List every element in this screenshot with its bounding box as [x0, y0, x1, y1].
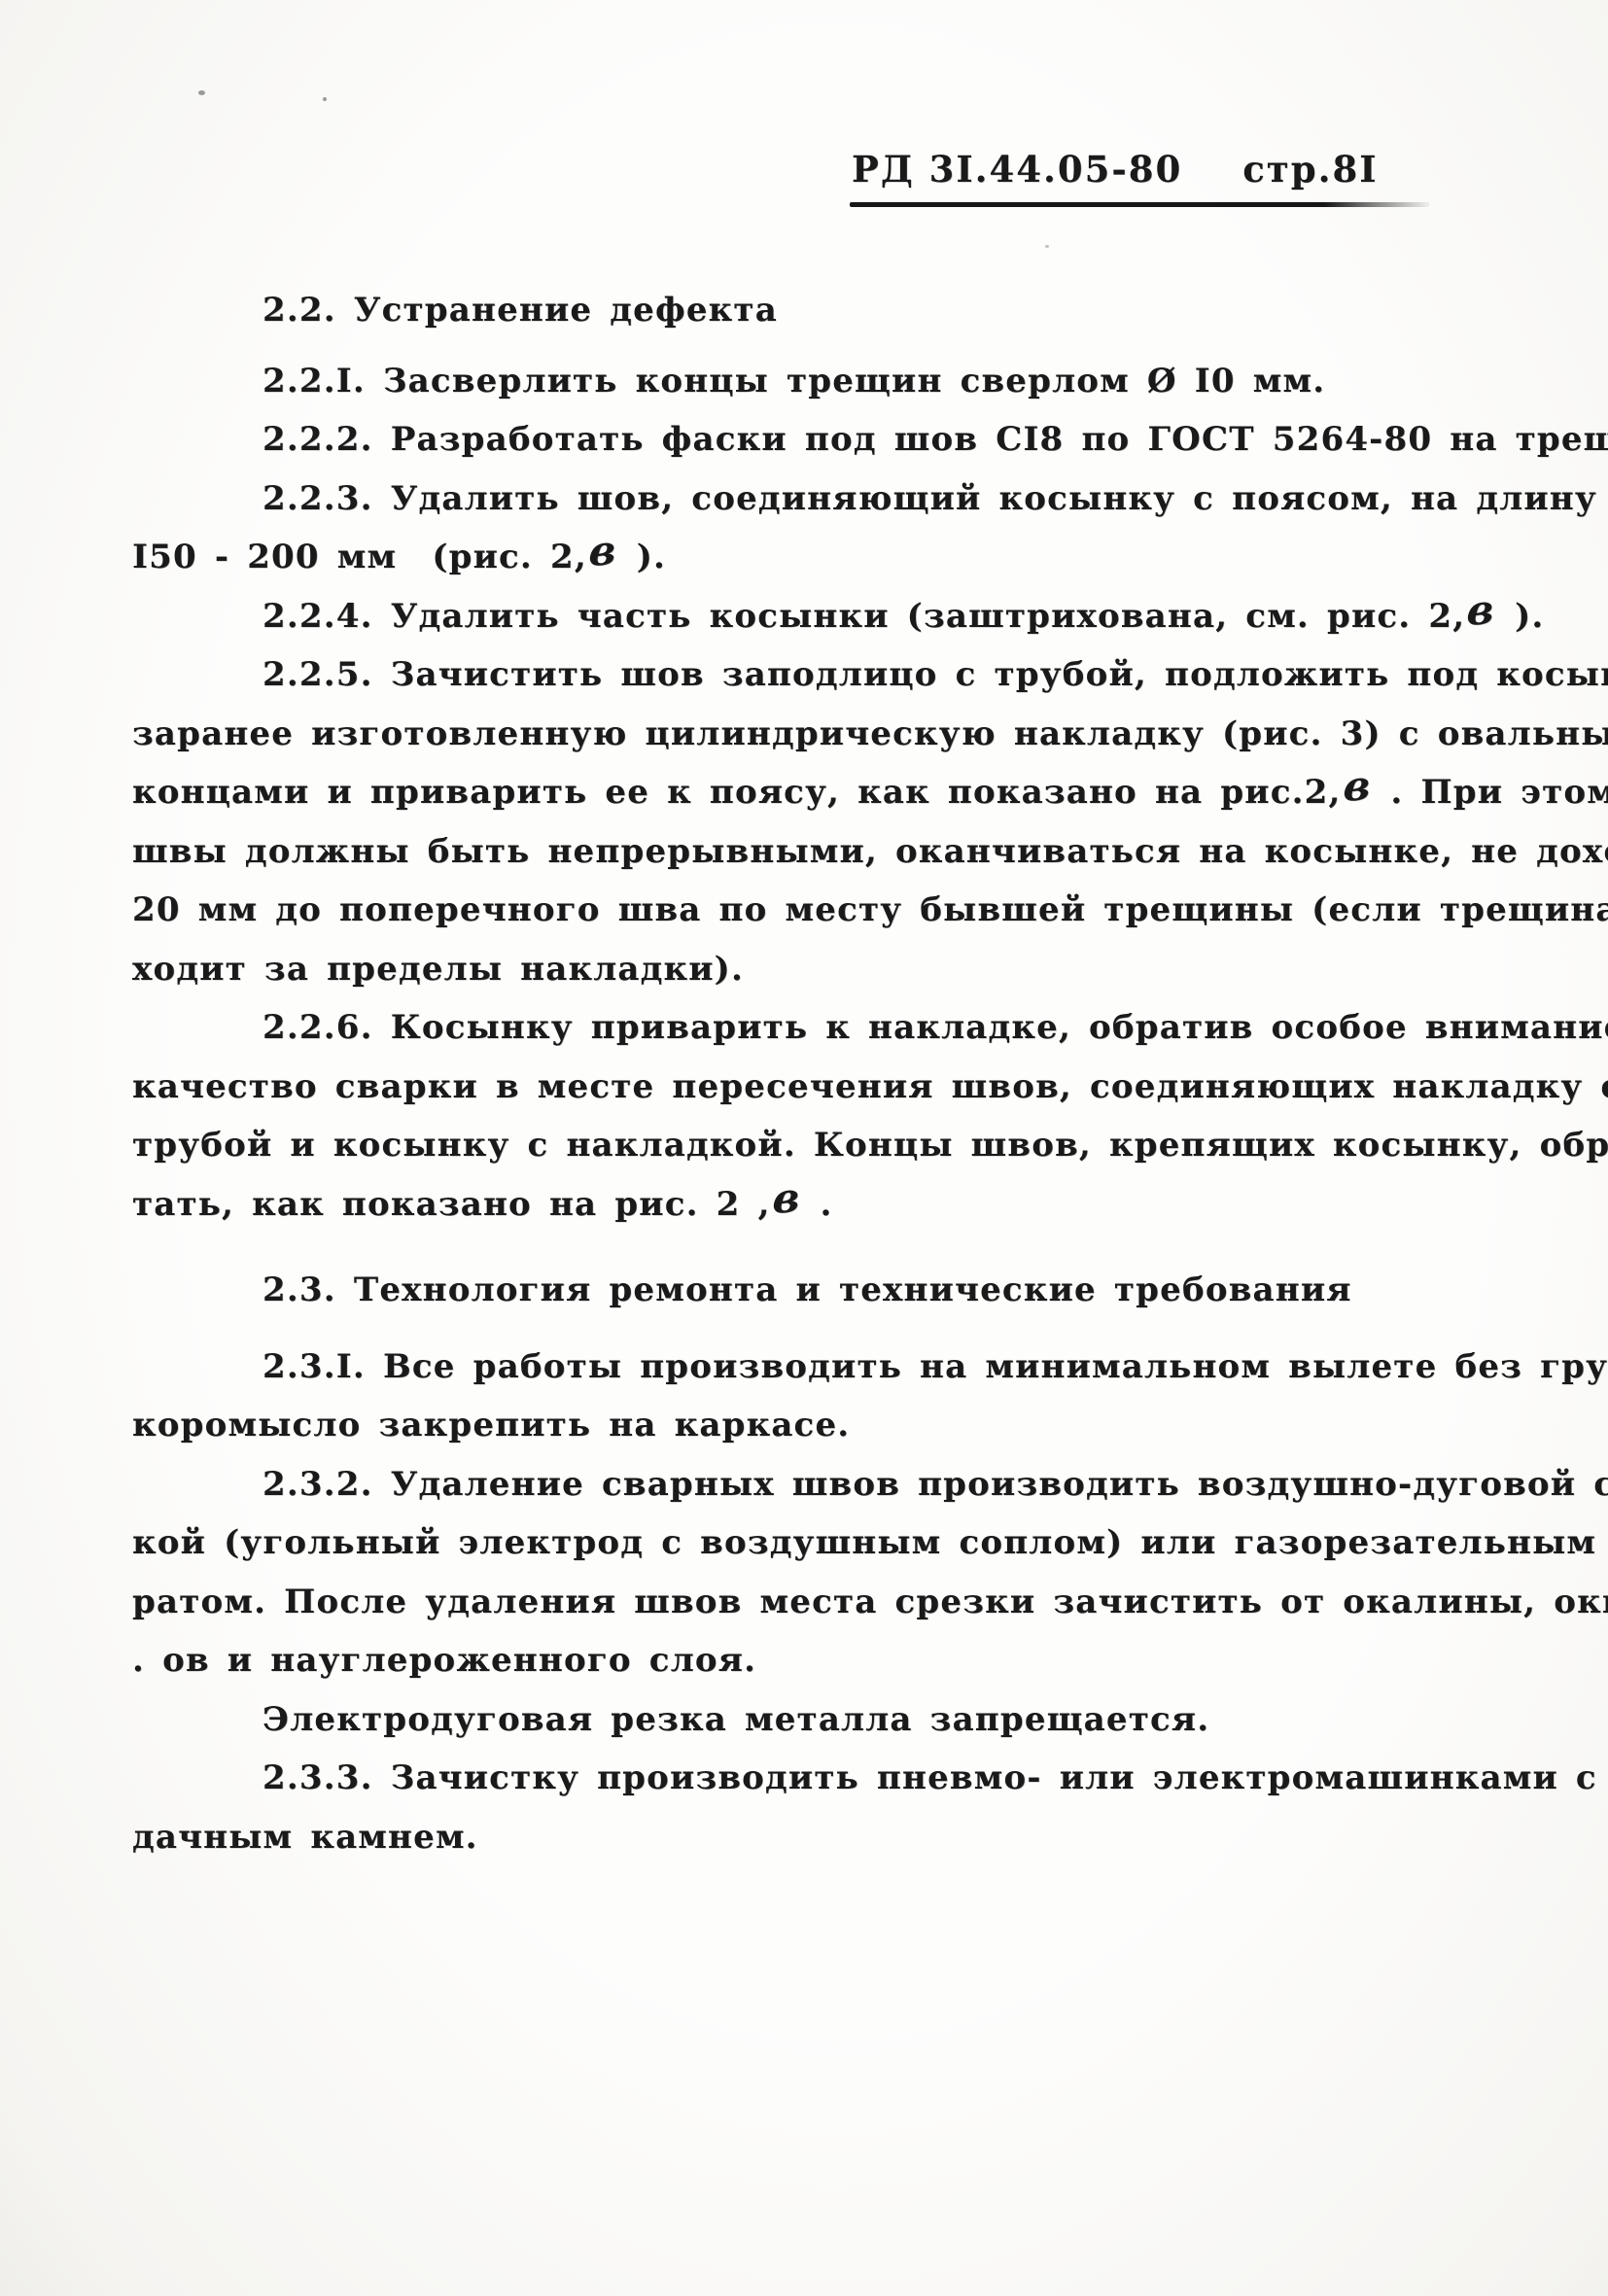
text-line: 2.2.5. Зачистить шов заподлицо с трубой,…: [132, 645, 1513, 705]
text-line: 2.2.I. Засверлить концы трещин сверлом Ø…: [132, 352, 1513, 411]
page-header: РД 3I.44.05-80 стр.8I: [852, 148, 1421, 191]
text-line: тать, как показано на рис. 2 ,в .: [132, 1175, 1513, 1235]
handwritten-letter: в: [771, 1197, 803, 1199]
text-line: 2.2.3. Удалить шов, соединяющий косынку …: [132, 470, 1513, 529]
text-line: 2.3.2. Удаление сварных швов производить…: [132, 1455, 1513, 1514]
handwritten-letter: в: [587, 550, 619, 552]
text-line: качество сварки в месте пересечения швов…: [132, 1058, 1513, 1117]
text-line: швы должны быть непрерывными, оканчивать…: [132, 822, 1513, 882]
text-line: 2.2.2. Разработать фаски под шов СI8 по …: [132, 410, 1513, 470]
text-line: 2.3.3. Зачистку производить пневмо- или …: [132, 1749, 1513, 1808]
header-underline: [850, 202, 1429, 207]
doc-number: РД 3I.44.05-80: [852, 148, 1182, 191]
scan-speck: [323, 97, 327, 101]
text-line: заранее изготовленную цилиндрическую нак…: [132, 705, 1513, 764]
text-line: 2.3.I. Все работы производить на минимал…: [132, 1338, 1513, 1397]
text-line: дачным камнем.: [132, 1808, 1513, 1867]
text-line: 20 мм до поперечного шва по месту бывшей…: [132, 881, 1513, 940]
text-line: ходит за пределы накладки).: [132, 940, 1513, 999]
text-line: 2.3. Технология ремонта и технические тр…: [132, 1261, 1513, 1320]
text-line: концами и приварить ее к поясу, как пока…: [132, 763, 1513, 822]
text-line: коромысло закрепить на каркасе.: [132, 1396, 1513, 1455]
scan-speck: [1045, 245, 1049, 248]
scanned-document-page: РД 3I.44.05-80 стр.8I 2.2. Устранение де…: [0, 0, 1608, 2296]
text-line: кой (угольный электрод с воздушным сопло…: [132, 1513, 1513, 1573]
page-number-label: стр.8I: [1242, 148, 1378, 191]
handwritten-letter: в: [1465, 609, 1497, 610]
scan-speck: [198, 90, 205, 95]
text-line: трубой и косынку с накладкой. Концы швов…: [132, 1116, 1513, 1175]
text-line: ратом. После удаления швов места срезки …: [132, 1573, 1513, 1632]
text-line: 2.2.4. Удалить часть косынки (заштрихова…: [132, 587, 1513, 646]
text-line: Электродуговая резка металла запрещается…: [132, 1690, 1513, 1750]
document-lines: 2.2. Устранение дефекта2.2.I. Засверлить…: [132, 281, 1513, 1866]
text-line: 2.2. Устранение дефекта: [132, 281, 1513, 340]
text-line: . ов и науглероженного слоя.: [132, 1631, 1513, 1690]
text-line: I50 - 200 мм (рис. 2,в ).: [132, 528, 1513, 587]
text-line: 2.2.6. Косынку приварить к накладке, обр…: [132, 998, 1513, 1058]
handwritten-letter: в: [1341, 785, 1373, 787]
